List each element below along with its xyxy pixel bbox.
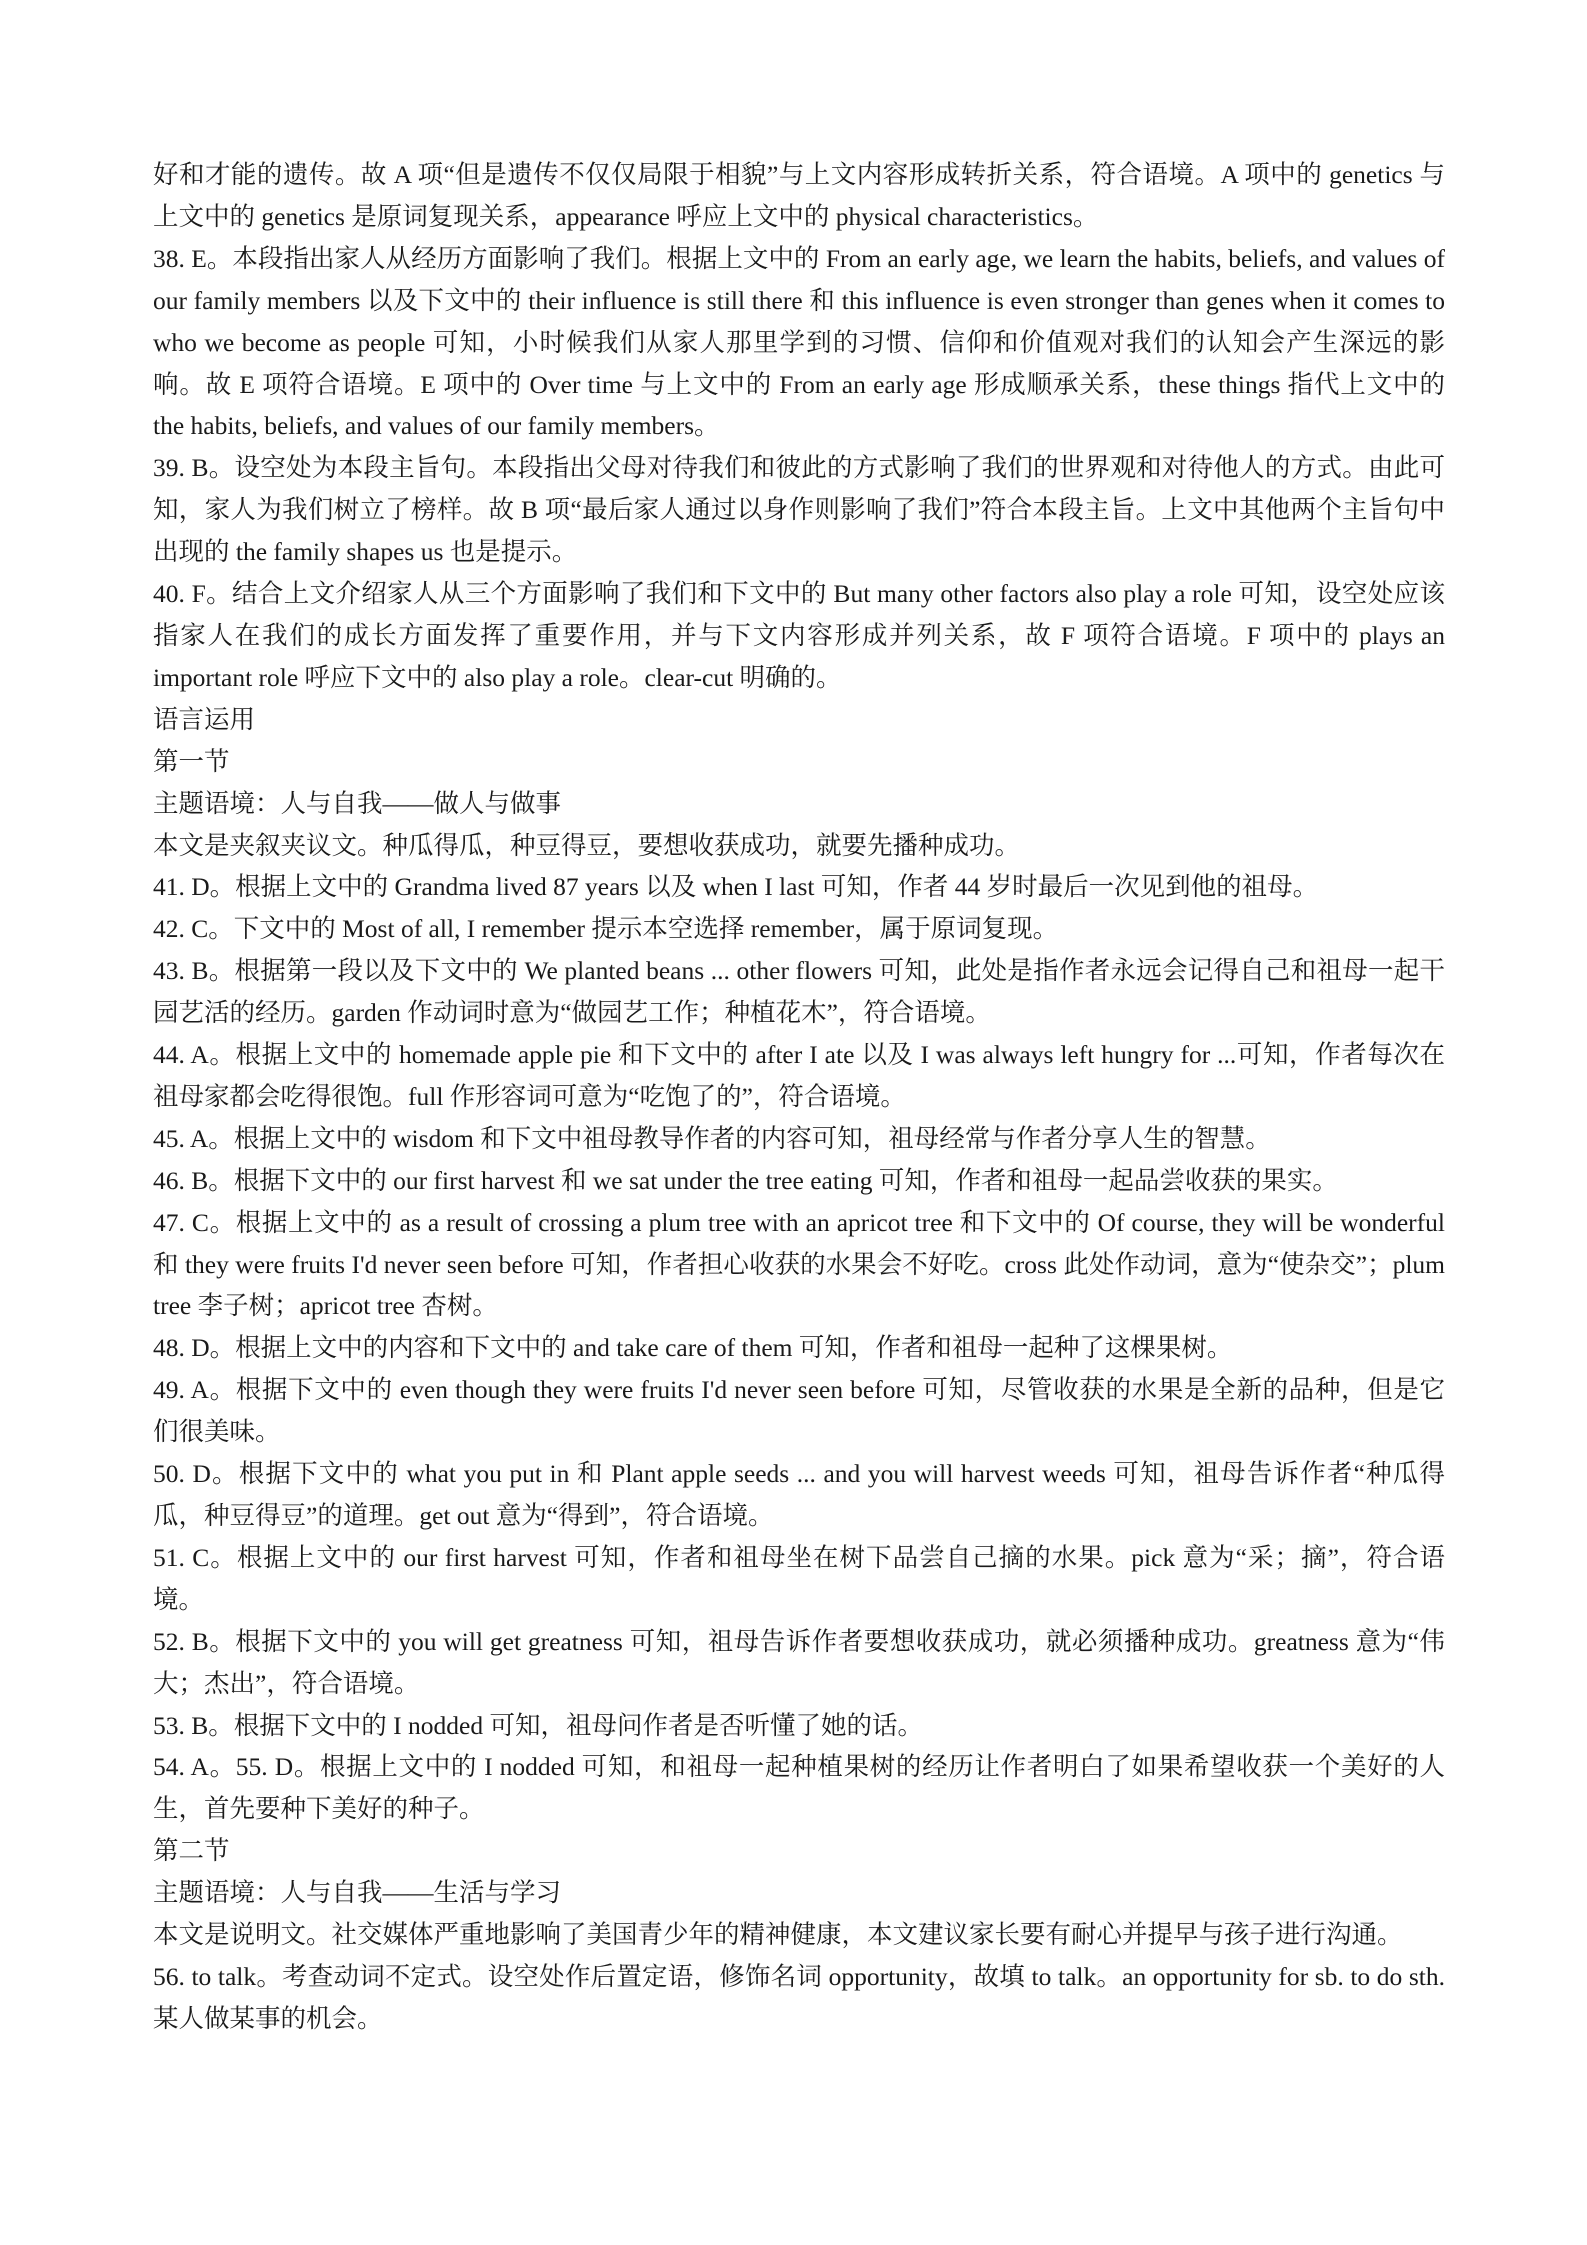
subsection-heading-part-one: 第一节 xyxy=(153,741,1445,783)
answer-51: 51. C。根据上文中的 our first harvest 可知，作者和祖母坐… xyxy=(153,1537,1445,1621)
answer-42: 42. C。下文中的 Most of all, I remember 提示本空选… xyxy=(153,908,1445,950)
passage-summary-part-one: 本文是夹叙夹议文。种瓜得瓜，种豆得豆，要想收获成功，就要先播种成功。 xyxy=(153,825,1445,867)
answer-50: 50. D。根据下文中的 what you put in 和 Plant app… xyxy=(153,1453,1445,1537)
answer-37-continued: 好和才能的遗传。故 A 项“但是遗传不仅仅局限于相貌”与上文内容形成转折关系，符… xyxy=(153,154,1445,238)
answer-54-55: 54. A。55. D。根据上文中的 I nodded 可知，和祖母一起种植果树… xyxy=(153,1746,1445,1830)
answer-44: 44. A。根据上文中的 homemade apple pie 和下文中的 af… xyxy=(153,1034,1445,1118)
theme-context-part-one: 主题语境：人与自我——做人与做事 xyxy=(153,783,1445,825)
answer-53: 53. B。根据下文中的 I nodded 可知，祖母问作者是否听懂了她的话。 xyxy=(153,1705,1445,1747)
answer-41: 41. D。根据上文中的 Grandma lived 87 years 以及 w… xyxy=(153,866,1445,908)
answer-45: 45. A。根据上文中的 wisdom 和下文中祖母教导作者的内容可知，祖母经常… xyxy=(153,1118,1445,1160)
answer-46: 46. B。根据下文中的 our first harvest 和 we sat … xyxy=(153,1160,1445,1202)
answer-48: 48. D。根据上文中的内容和下文中的 and take care of the… xyxy=(153,1327,1445,1369)
answer-49: 49. A。根据下文中的 even though they were fruit… xyxy=(153,1369,1445,1453)
answer-56: 56. to talk。考查动词不定式。设空处作后置定语，修饰名词 opport… xyxy=(153,1956,1445,2040)
answer-38: 38. E。本段指出家人从经历方面影响了我们。根据上文中的 From an ea… xyxy=(153,238,1445,448)
answer-47: 47. C。根据上文中的 as a result of crossing a p… xyxy=(153,1202,1445,1328)
answer-39: 39. B。设空处为本段主旨句。本段指出父母对待我们和彼此的方式影响了我们的世界… xyxy=(153,447,1445,573)
section-heading-language-use: 语言运用 xyxy=(153,699,1445,741)
answer-52: 52. B。根据下文中的 you will get greatness 可知，祖… xyxy=(153,1621,1445,1705)
answer-43: 43. B。根据第一段以及下文中的 We planted beans ... o… xyxy=(153,950,1445,1034)
document-page: 好和才能的遗传。故 A 项“但是遗传不仅仅局限于相貌”与上文内容形成转折关系，符… xyxy=(153,154,1445,2040)
passage-summary-part-two: 本文是说明文。社交媒体严重地影响了美国青少年的精神健康，本文建议家长要有耐心并提… xyxy=(153,1914,1445,1956)
subsection-heading-part-two: 第二节 xyxy=(153,1830,1445,1872)
theme-context-part-two: 主题语境：人与自我——生活与学习 xyxy=(153,1872,1445,1914)
answer-40: 40. F。结合上文介绍家人从三个方面影响了我们和下文中的 But many o… xyxy=(153,573,1445,699)
